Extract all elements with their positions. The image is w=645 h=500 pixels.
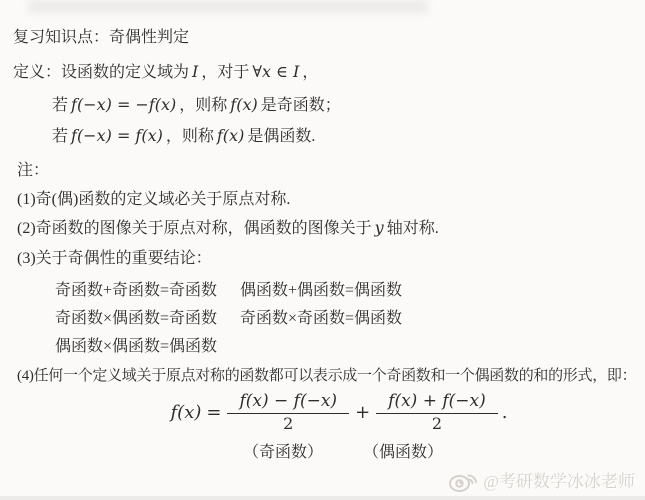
math-even-equation: f(−x) = f(x) (68, 126, 166, 145)
conclusion-row-1: 奇函数+奇函数=奇函数偶函数+偶函数=偶函数 (55, 281, 645, 301)
note2-post: 轴对称. (387, 220, 439, 237)
weibo-handle: @考研数学冰冰老师 (483, 467, 635, 492)
scan-shadow-bottom (0, 496, 645, 500)
even-function-label: （偶函数） (363, 439, 443, 462)
note1-line: (1)奇(偶)函数的定义域必关于原点对称. (17, 190, 645, 210)
even-post: 是偶函数. (247, 128, 315, 145)
note-label: 注： (17, 162, 49, 179)
even-pre: 若 (52, 128, 68, 145)
odd-part-denominator: 2 (283, 414, 293, 432)
conclusion-3-left: 偶函数×偶函数=偶函数 (55, 337, 240, 357)
even-part-numerator: f(x) + f(−x) (385, 391, 489, 411)
definition-mid: ，对于 (201, 64, 249, 81)
note2-line: (2)奇函数的图像关于原点对称，偶函数的图像关于y轴对称. (17, 218, 645, 239)
math-y-axis: y (372, 218, 387, 237)
note4-line: (4)任何一个定义域关于原点对称的函数都可以表示成一个奇函数和一个偶函数的和的形… (17, 366, 645, 386)
odd-part-numerator: f(x) − f(−x) (236, 391, 340, 411)
odd-function-label: （奇函数） (243, 439, 323, 462)
note-content: 复习知识点：奇偶性判定 定义：设函数的定义域为I，对于∀x ∈ I， 若f(−x… (0, 0, 645, 462)
odd-pre: 若 (52, 97, 68, 114)
weibo-icon (448, 466, 478, 493)
scanned-note-page: 复习知识点：奇偶性判定 定义：设函数的定义域为I，对于∀x ∈ I， 若f(−x… (0, 0, 645, 500)
title-line: 复习知识点：奇偶性判定 (13, 28, 645, 48)
note4-text: (4)任何一个定义域关于原点对称的函数都可以表示成一个奇函数和一个偶函数的和的形… (17, 368, 636, 384)
conclusion-row-3: 偶函数×偶函数=偶函数 (55, 337, 645, 357)
formula-equals: = (204, 402, 223, 423)
formula-lhs: f(x) (168, 402, 205, 423)
definition-prefix: 定义：设函数的定义域为 (13, 64, 189, 81)
conclusion-2-right: 奇函数×奇函数=偶函数 (240, 310, 402, 327)
math-odd-equation: f(−x) = −f(x) (68, 95, 179, 114)
note3-line: (3)关于奇偶性的重要结论： (17, 249, 645, 269)
note3-text: (3)关于奇偶性的重要结论： (17, 250, 212, 267)
math-fx-odd: f(x) (227, 95, 260, 114)
decomposition-formula: f(x) = f(x) − f(−x) 2 + f(x) + f(−x) 2 . (0, 392, 645, 432)
odd-post: 是奇函数； (261, 97, 341, 114)
conclusion-2-left: 奇函数×偶函数=奇函数 (55, 309, 240, 329)
odd-case-line: 若f(−x) = −f(x)，则称f(x)是奇函数； (52, 95, 645, 116)
even-mid: ，则称 (166, 128, 214, 145)
math-forall-x: ∀x ∈ I (249, 62, 302, 81)
weibo-watermark: @考研数学冰冰老师 (448, 466, 635, 493)
note-label-line: 注： (17, 161, 645, 181)
conclusion-1-right: 偶函数+偶函数=偶函数 (240, 282, 402, 299)
formula-plus: + (353, 402, 372, 423)
conclusion-row-2: 奇函数×偶函数=奇函数奇函数×奇函数=偶函数 (55, 309, 645, 329)
math-domain-I: I (189, 62, 201, 81)
even-case-line: 若f(−x) = f(x)，则称f(x)是偶函数. (52, 126, 645, 147)
note2-pre: (2)奇函数的图像关于原点对称，偶函数的图像关于 (17, 220, 372, 237)
odd-part-fraction: f(x) − f(−x) 2 (227, 392, 349, 432)
formula-period: . (502, 402, 508, 423)
conclusion-1-left: 奇函数+奇函数=奇函数 (55, 281, 240, 301)
definition-suffix: ， (302, 64, 318, 81)
fraction-labels-line: （奇函数）（偶函数） (0, 439, 645, 462)
even-part-fraction: f(x) + f(−x) 2 (376, 392, 498, 432)
math-fx-even: f(x) (214, 126, 247, 145)
definition-line: 定义：设函数的定义域为I，对于∀x ∈ I， (13, 62, 645, 83)
even-part-denominator: 2 (432, 414, 442, 432)
note1-text: (1)奇(偶)函数的定义域必关于原点对称. (17, 191, 290, 208)
odd-mid: ，则称 (179, 97, 227, 114)
title-text: 复习知识点：奇偶性判定 (13, 29, 189, 46)
